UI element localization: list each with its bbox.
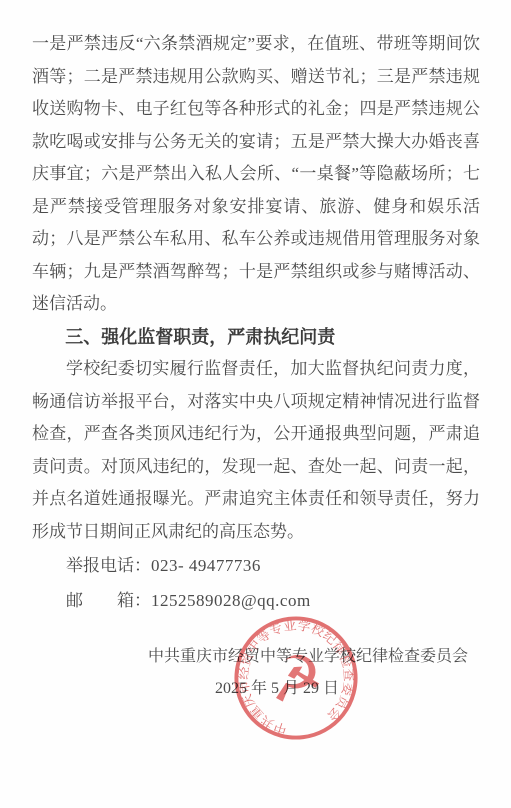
report-email-line: 邮 箱：1252589028@qq.com <box>32 583 480 618</box>
document-page: 一是严禁违反“六条禁酒规定”要求，在值班、带班等期间饮酒等；二是严禁违规用公款购… <box>0 0 511 808</box>
issuer-signature: 中共重庆市经贸中等专业学校纪律检查委员会 <box>32 646 480 668</box>
prohibitions-paragraph: 一是严禁违反“六条禁酒规定”要求，在值班、带班等期间饮酒等；二是严禁违规用公款购… <box>32 28 480 321</box>
supervision-paragraph: 学校纪委切实履行监督责任，加大监督执纪问责力度，畅通信访举报平台，对落实中央八项… <box>32 353 480 548</box>
section-heading: 三、强化监督职责，严肃执纪问责 <box>32 321 480 354</box>
report-email-label: 邮 箱： <box>66 591 151 610</box>
report-phone-label: 举报电话： <box>66 556 151 575</box>
issue-date: 2025 年 5 月 29 日 <box>32 678 480 700</box>
report-email-value: 1252589028@qq.com <box>151 591 311 610</box>
report-phone-line: 举报电话：023- 49477736 <box>32 548 480 583</box>
report-phone-value: 023- 49477736 <box>151 556 261 575</box>
